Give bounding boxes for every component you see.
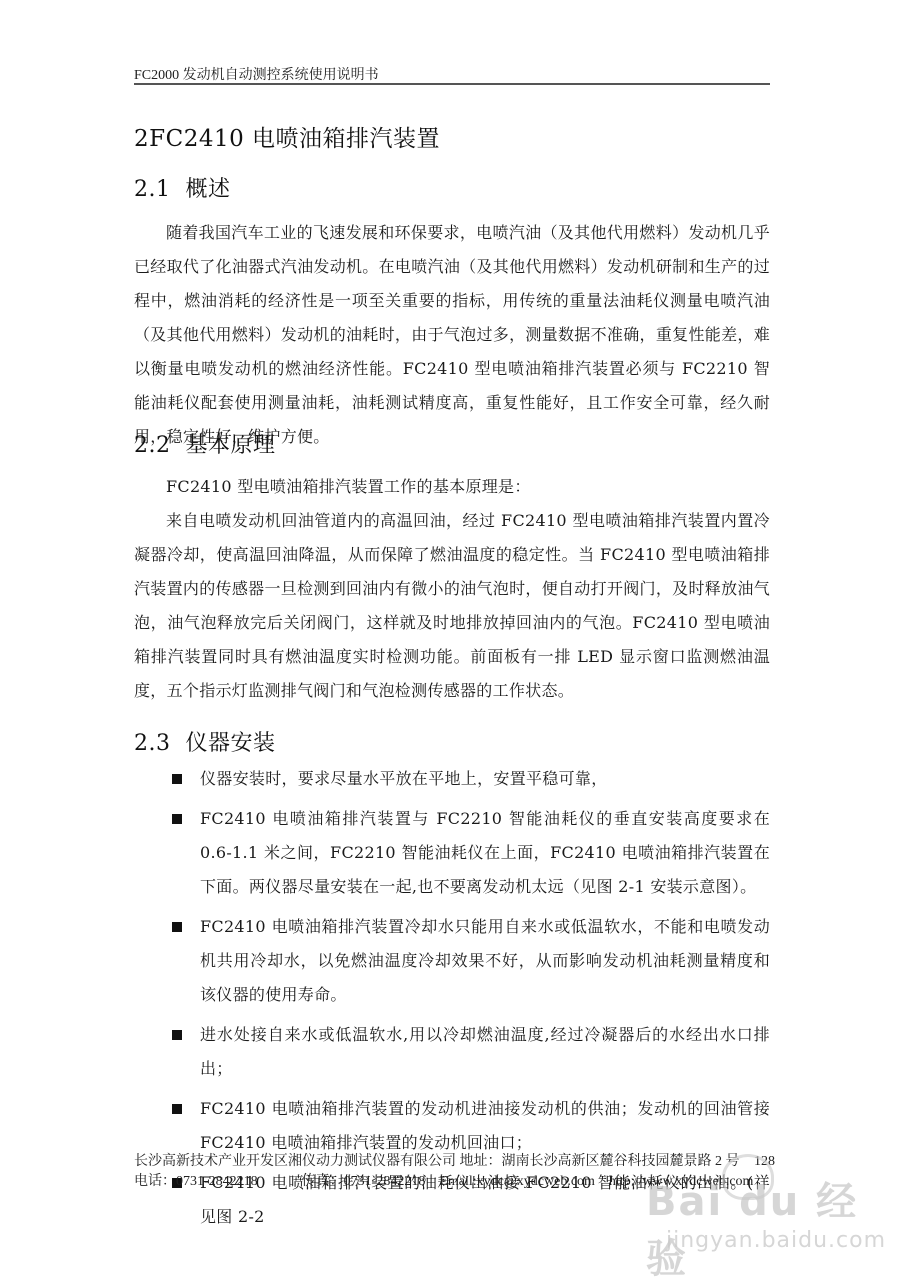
page-number: 128 <box>754 1152 775 1172</box>
footer-phone: 电话：0731-2842218 <box>134 1174 258 1189</box>
bullet-square-icon <box>172 814 182 824</box>
footer-fax: 传真：0731-2842218 <box>302 1174 426 1189</box>
bullet-text: FC2410 电喷油箱排汽装置冷却水只能用自来水或低温软水，不能和电喷发动机共用… <box>200 917 770 1004</box>
principle-intro-paragraph: FC2410 型电喷油箱排汽装置工作的基本原理是： <box>134 470 770 504</box>
section-title-overview: 2.1 概述 <box>134 172 230 203</box>
bullet-square-icon <box>172 922 182 932</box>
bullet-square-icon <box>172 774 182 784</box>
bullet-text: FC2410 电喷油箱排汽装置的发动机进油接发动机的供油；发动机的回油管接 FC… <box>200 1099 770 1152</box>
bullet-item: 进水处接自来水或低温软水,用以冷却燃油温度,经过冷凝器后的水经出水口排出； <box>168 1018 770 1086</box>
section-title-installation: 2.3 仪器安装 <box>134 726 275 757</box>
chapter-title: 2FC2410 电喷油箱排汽装置 <box>134 120 440 153</box>
footer-website-link[interactable]: http://www.xydcweb.com <box>609 1174 754 1189</box>
principle-paragraph: 来自电喷发动机回油管道内的高温回油，经过 FC2410 型电喷油箱排汽装置内置冷… <box>134 504 770 708</box>
page-footer: 长沙高新技术产业开发区湘仪动力测试仪器有限公司 地址：湖南长沙高新区麓谷科技园麓… <box>134 1152 774 1192</box>
bullet-item: 仪器安装时，要求尽量水平放在平地上，安置平稳可靠， <box>168 762 770 796</box>
bullet-text: 仪器安装时，要求尽量水平放在平地上，安置平稳可靠， <box>200 769 608 788</box>
bullet-item: FC2410 电喷油箱排汽装置冷却水只能用自来水或低温软水，不能和电喷发动机共用… <box>168 910 770 1012</box>
bullet-item: FC2410 电喷油箱排汽装置的发动机进油接发动机的供油；发动机的回油管接 FC… <box>168 1092 770 1160</box>
bullet-square-icon <box>172 1030 182 1040</box>
bullet-text: FC2410 电喷油箱排汽装置与 FC2210 智能油耗仪的垂直安装高度要求在 … <box>200 809 770 896</box>
bullet-square-icon <box>172 1104 182 1114</box>
bullet-item: FC2410 电喷油箱排汽装置与 FC2210 智能油耗仪的垂直安装高度要求在 … <box>168 802 770 904</box>
overview-paragraph: 随着我国汽车工业的飞速发展和环保要求，电喷汽油（及其他代用燃料）发动机几乎已经取… <box>134 216 770 454</box>
section-title-principle: 2.2 基本原理 <box>134 428 275 459</box>
footer-line-2: 电话：0731-2842218传真：0731-2842218Email:xydc… <box>134 1172 774 1192</box>
running-header: FC2000 发动机自动测控系统使用说明书 <box>134 64 379 84</box>
footer-address: 地址：湖南长沙高新区麓谷科技园麓景路 2 号 <box>460 1154 740 1169</box>
bullet-text: 进水处接自来水或低温软水,用以冷却燃油温度,经过冷凝器后的水经出水口排出； <box>200 1025 770 1078</box>
footer-line-1: 长沙高新技术产业开发区湘仪动力测试仪器有限公司 地址：湖南长沙高新区麓谷科技园麓… <box>134 1152 774 1172</box>
footer-email[interactable]: Email:xydc@xydcweb.com <box>439 1174 595 1189</box>
footer-company: 长沙高新技术产业开发区湘仪动力测试仪器有限公司 <box>134 1154 456 1169</box>
header-rule <box>134 83 770 85</box>
